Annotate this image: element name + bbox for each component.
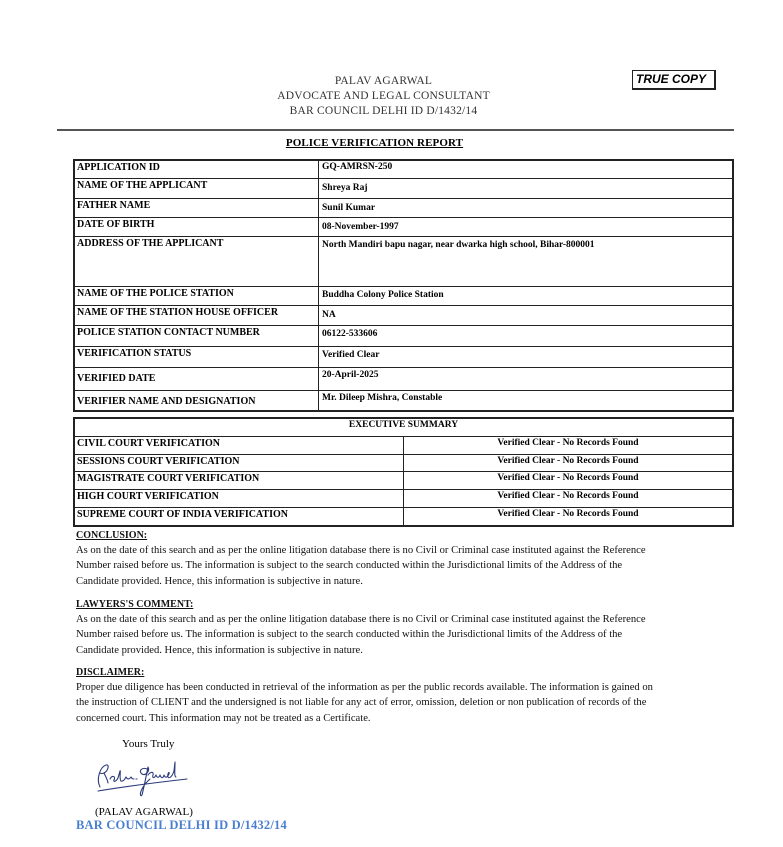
court-status: Verified Clear - No Records Found — [404, 454, 734, 471]
disclaimer-section: DISCLAIMER: Proper due diligence has bee… — [76, 666, 736, 726]
detail-value: North Mandiri bapu nagar, near dwarka hi… — [319, 236, 734, 286]
table-row: VERIFIER NAME AND DESIGNATIONMr. Dileep … — [74, 390, 733, 411]
detail-label: APPLICATION ID — [74, 160, 319, 178]
table-row: NAME OF THE POLICE STATIONBuddha Colony … — [74, 286, 733, 305]
detail-label: POLICE STATION CONTACT NUMBER — [74, 325, 319, 346]
court-status: Verified Clear - No Records Found — [404, 436, 734, 454]
text-line: As on the date of this search and as per… — [76, 543, 736, 558]
detail-value: NA — [319, 305, 734, 325]
detail-value: Verified Clear — [319, 346, 734, 367]
lawyers-comment-text: As on the date of this search and as per… — [76, 612, 736, 658]
detail-label: DATE OF BIRTH — [74, 217, 319, 236]
table-row: VERIFIED DATE20-April-2025 — [74, 367, 733, 390]
conclusion-text: As on the date of this search and as per… — [76, 543, 736, 589]
conclusion-section: CONCLUSION: As on the date of this searc… — [76, 529, 736, 589]
table-row: NAME OF THE STATION HOUSE OFFICERNA — [74, 305, 733, 325]
court-status: Verified Clear - No Records Found — [404, 471, 734, 489]
disclaimer-text: Proper due diligence has been conducted … — [76, 680, 736, 726]
lawyers-comment-title: LAWYERS'S COMMENT: — [76, 598, 736, 612]
closing-text: Yours Truly — [122, 738, 174, 750]
detail-label: VERIFICATION STATUS — [74, 346, 319, 367]
text-line: Proper due diligence has been conducted … — [76, 680, 736, 695]
table-row: NAME OF THE APPLICANTShreya Raj — [74, 178, 733, 198]
text-line: the instruction of CLIENT and the unders… — [76, 695, 736, 710]
table-row: FATHER NAMESunil Kumar — [74, 198, 733, 217]
conclusion-title: CONCLUSION: — [76, 529, 736, 543]
true-copy-stamp: TRUE COPY — [632, 70, 716, 90]
detail-value: 06122-533606 — [319, 325, 734, 346]
court-status: Verified Clear - No Records Found — [404, 489, 734, 507]
detail-value: GQ-AMRSN-250 — [319, 160, 734, 178]
applicant-details-table: APPLICATION IDGQ-AMRSN-250 NAME OF THE A… — [73, 159, 734, 412]
table-row: MAGISTRATE COURT VERIFICATIONVerified Cl… — [74, 471, 733, 489]
lawyers-comment-section: LAWYERS'S COMMENT: As on the date of thi… — [76, 598, 736, 658]
detail-label: ADDRESS OF THE APPLICANT — [74, 236, 319, 286]
court-label: SESSIONS COURT VERIFICATION — [74, 454, 404, 471]
detail-label: NAME OF THE APPLICANT — [74, 178, 319, 198]
report-title: POLICE VERIFICATION REPORT — [0, 137, 783, 149]
report-title-text: POLICE VERIFICATION REPORT — [286, 137, 463, 149]
detail-label: NAME OF THE POLICE STATION — [74, 286, 319, 305]
text-line: Candidate provided. Hence, this informat… — [76, 643, 736, 658]
footer-bar-id: BAR COUNCIL DELHI ID D/1432/14 — [76, 818, 287, 833]
court-status: Verified Clear - No Records Found — [404, 507, 734, 526]
text-line: Candidate provided. Hence, this informat… — [76, 574, 736, 589]
table-row: SESSIONS COURT VERIFICATIONVerified Clea… — [74, 454, 733, 471]
text-line: Number raised before us. The information… — [76, 558, 736, 573]
court-label: SUPREME COURT OF INDIA VERIFICATION — [74, 507, 404, 526]
detail-value: 20-April-2025 — [319, 367, 734, 390]
executive-summary-title: EXECUTIVE SUMMARY — [74, 418, 733, 436]
header-divider — [57, 129, 734, 131]
detail-value: 08-November-1997 — [319, 217, 734, 236]
executive-summary-table: EXECUTIVE SUMMARY CIVIL COURT VERIFICATI… — [73, 417, 734, 527]
detail-value: Shreya Raj — [319, 178, 734, 198]
text-line: concerned court. This information may no… — [76, 711, 736, 726]
detail-label: VERIFIED DATE — [74, 367, 319, 390]
advocate-bar-id: BAR COUNCIL DELHI ID D/1432/14 — [0, 105, 775, 117]
detail-value: Sunil Kumar — [319, 198, 734, 217]
court-label: CIVIL COURT VERIFICATION — [74, 436, 404, 454]
table-row: POLICE STATION CONTACT NUMBER06122-53360… — [74, 325, 733, 346]
detail-label: NAME OF THE STATION HOUSE OFFICER — [74, 305, 319, 325]
detail-value: Buddha Colony Police Station — [319, 286, 734, 305]
table-row: APPLICATION IDGQ-AMRSN-250 — [74, 160, 733, 178]
table-row: HIGH COURT VERIFICATIONVerified Clear - … — [74, 489, 733, 507]
table-row: VERIFICATION STATUSVerified Clear — [74, 346, 733, 367]
detail-label: VERIFIER NAME AND DESIGNATION — [74, 390, 319, 411]
text-line: As on the date of this search and as per… — [76, 612, 736, 627]
table-row: CIVIL COURT VERIFICATIONVerified Clear -… — [74, 436, 733, 454]
table-row: SUPREME COURT OF INDIA VERIFICATIONVerif… — [74, 507, 733, 526]
disclaimer-title: DISCLAIMER: — [76, 666, 736, 680]
text-line: Number raised before us. The information… — [76, 627, 736, 642]
detail-label: FATHER NAME — [74, 198, 319, 217]
table-row: DATE OF BIRTH08-November-1997 — [74, 217, 733, 236]
table-row: ADDRESS OF THE APPLICANTNorth Mandiri ba… — [74, 236, 733, 286]
court-label: MAGISTRATE COURT VERIFICATION — [74, 471, 404, 489]
advocate-designation: ADVOCATE AND LEGAL CONSULTANT — [0, 90, 775, 102]
signature-icon — [92, 757, 192, 804]
detail-value: Mr. Dileep Mishra, Constable — [319, 390, 734, 411]
court-label: HIGH COURT VERIFICATION — [74, 489, 404, 507]
signer-name: (PALAV AGARWAL) — [95, 806, 193, 818]
table-header-row: EXECUTIVE SUMMARY — [74, 418, 733, 436]
